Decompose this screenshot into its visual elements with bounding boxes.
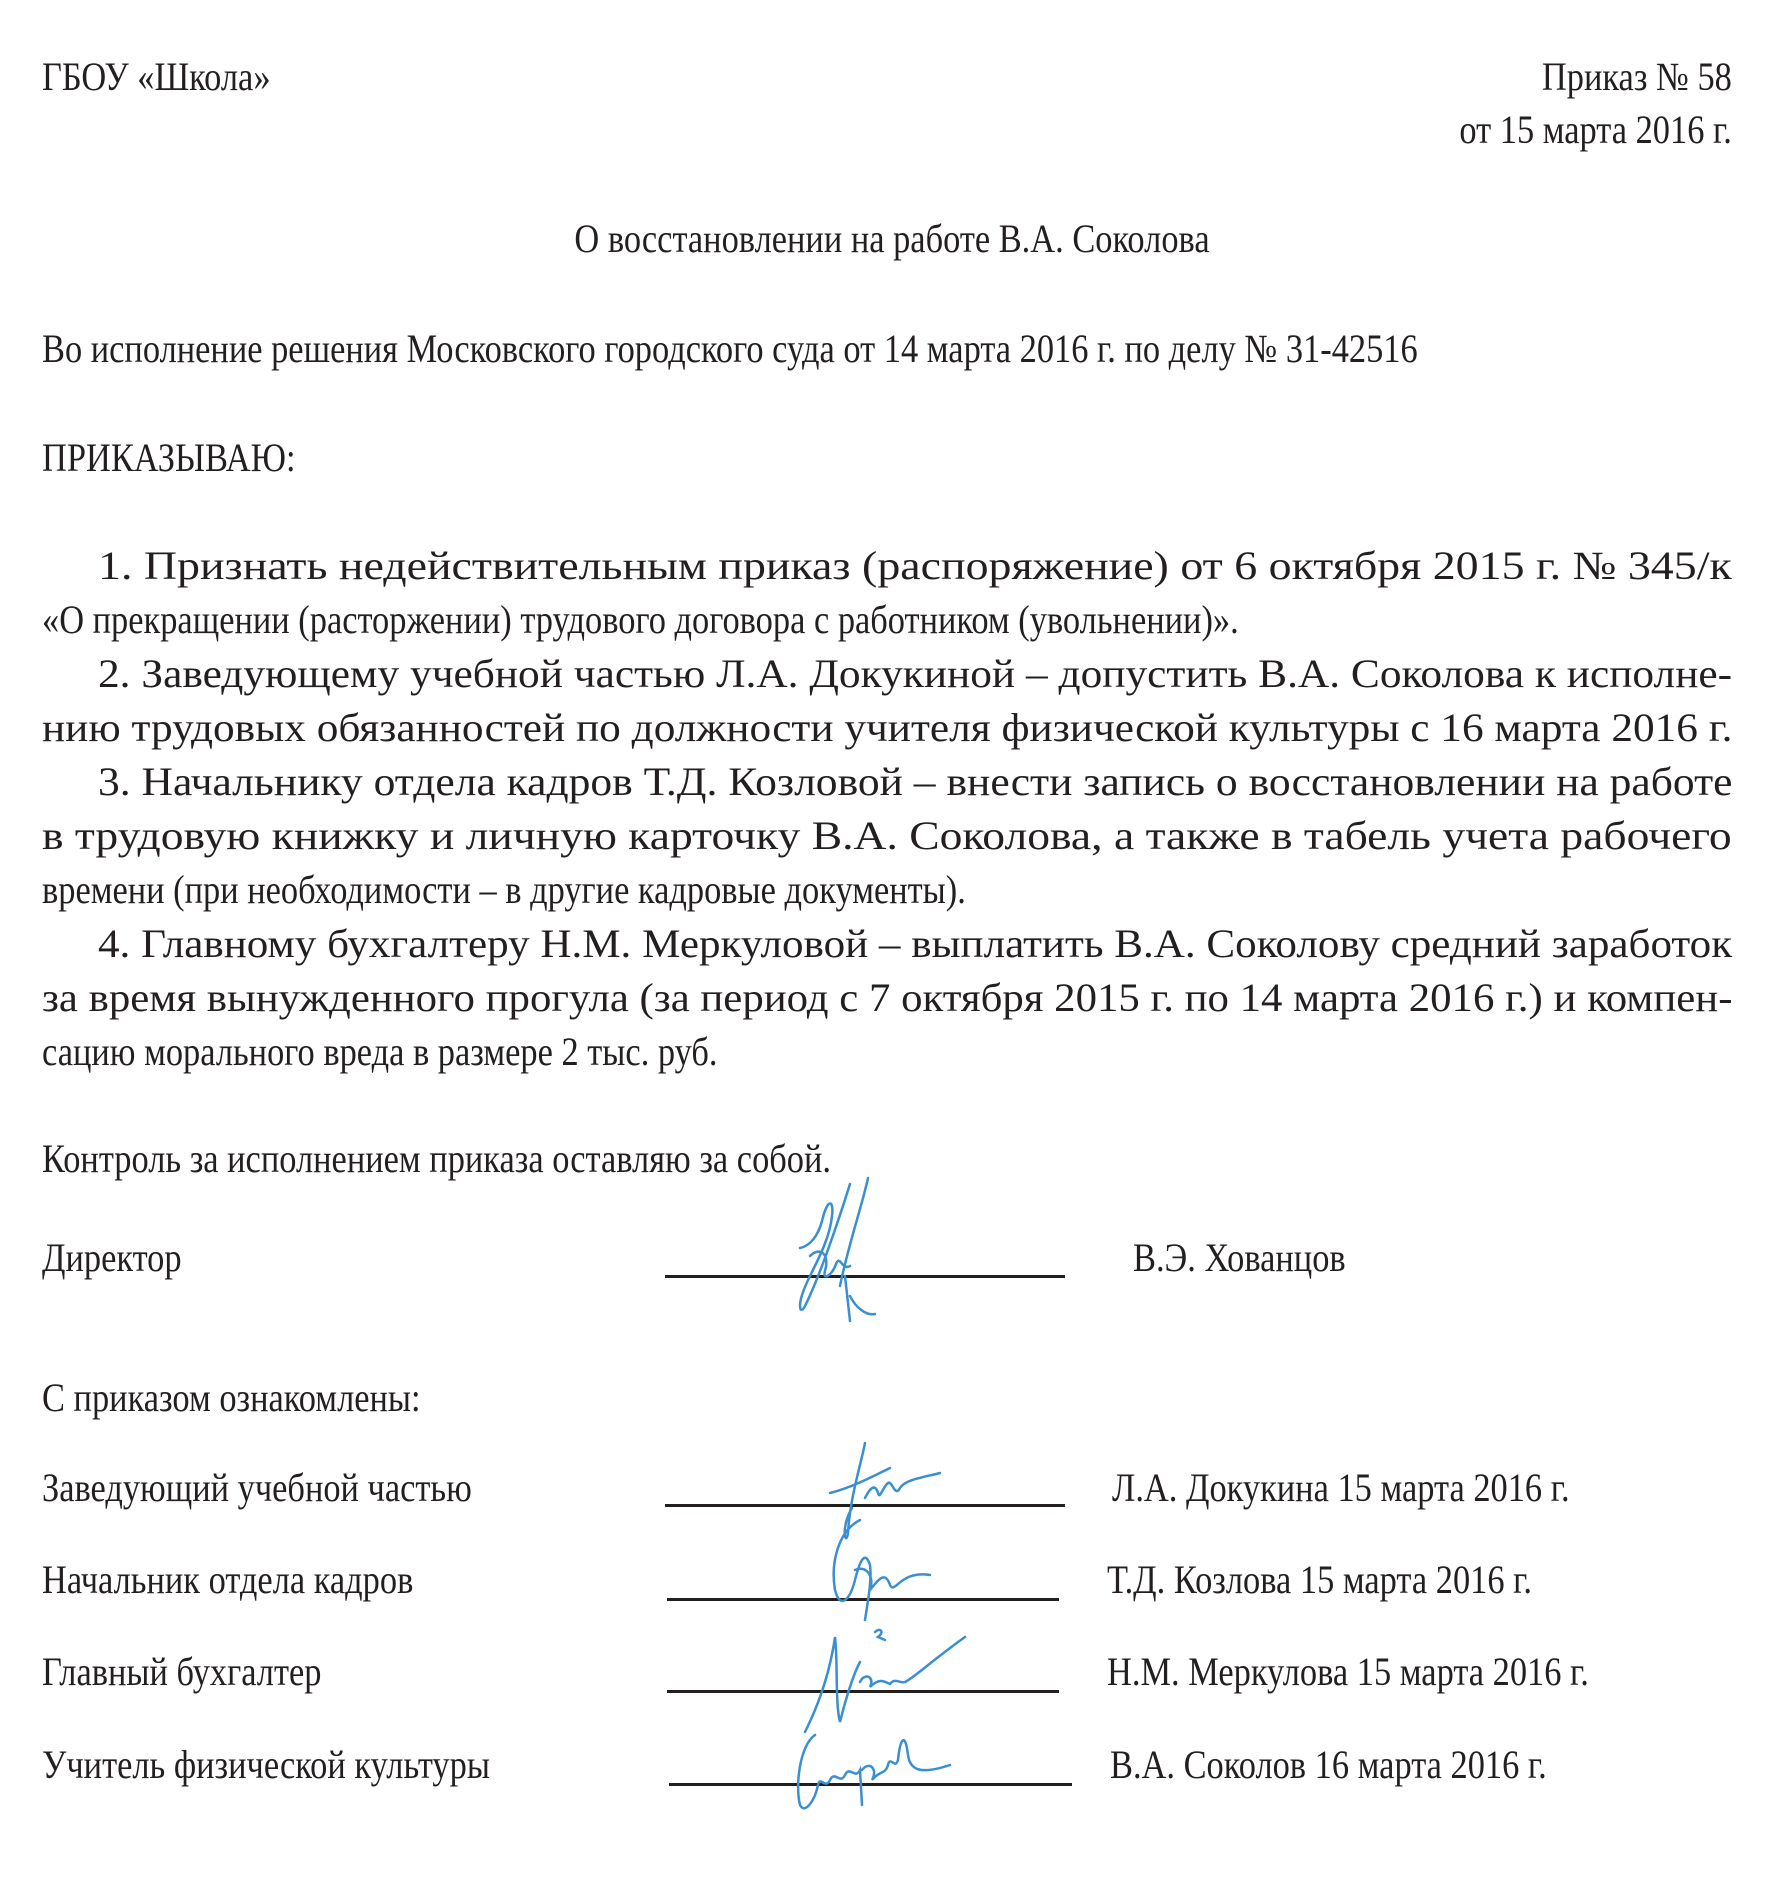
order-date: от 15 марта 2016 г. [1460, 110, 1732, 150]
acknowledged-heading: С приказом ознакомлены: [42, 1378, 421, 1418]
document-page: ГБОУ «Школа» Приказ № 58 от 15 марта 201… [0, 0, 1784, 1897]
signature-sokolov-icon [790, 1715, 990, 1830]
item-2-line-2: нию трудовых обязанностей по должности у… [42, 706, 1732, 750]
director-signature-icon [770, 1176, 920, 1331]
item-2-line-1: 2. Заведующему учебной частью Л.А. Докук… [98, 652, 1732, 696]
acknowledgement-name-date: Т.Д. Козлова 15 марта 2016 г. [1107, 1560, 1532, 1600]
director-name: В.Э. Хованцов [1133, 1238, 1346, 1278]
item-1-line-2: «О прекращении (расторжении) трудового д… [42, 598, 1732, 642]
acknowledgement-name-date: Л.А. Докукина 15 марта 2016 г. [1112, 1468, 1570, 1508]
acknowledgement-name-date: В.А. Соколов 16 марта 2016 г. [1110, 1745, 1547, 1785]
director-signature-row: Директор В.Э. Хованцов [0, 1238, 1784, 1318]
item-1-line-1: 1. Признать недействительным приказ (рас… [98, 544, 1732, 588]
order-number: Приказ № 58 [1542, 57, 1732, 97]
organization-name: ГБОУ «Школа» [42, 57, 271, 97]
control-statement: Контроль за исполнением приказа оставляю… [42, 1139, 831, 1179]
item-3-line-1: 3. Начальнику отдела кадров Т.Д. Козлово… [98, 760, 1732, 804]
item-4-line-1: 4. Главному бухгалтеру Н.М. Меркуловой –… [98, 922, 1732, 966]
acknowledgement-position: Главный бухгалтер [42, 1652, 321, 1692]
document-title: О восстановлении на работе В.А. Соколова [125, 219, 1659, 259]
acknowledgement-position: Учитель физической культуры [42, 1745, 490, 1785]
item-4-line-3: сацию морального вреда в размере 2 тыс. … [42, 1030, 1732, 1074]
item-3-line-3: времени (при необходимости – в другие ка… [42, 868, 1732, 912]
acknowledgement-name-date: Н.М. Меркулова 15 марта 2016 г. [1107, 1652, 1589, 1692]
intro-paragraph: Во исполнение решения Московского городс… [42, 329, 1418, 369]
order-heading: ПРИКАЗЫВАЮ: [42, 438, 296, 478]
acknowledgement-position: Начальник отдела кадров [42, 1560, 413, 1600]
item-4-line-2: за время вынужденного прогула (за период… [42, 976, 1732, 1020]
acknowledgement-position: Заведующий учебной частью [42, 1468, 472, 1508]
director-position: Директор [42, 1238, 182, 1278]
item-3-line-2: в трудовую книжку и личную карточку В.А.… [42, 814, 1732, 858]
acknowledgement-row: Учитель физической культуры В.А. Соколов… [0, 1745, 1784, 1825]
